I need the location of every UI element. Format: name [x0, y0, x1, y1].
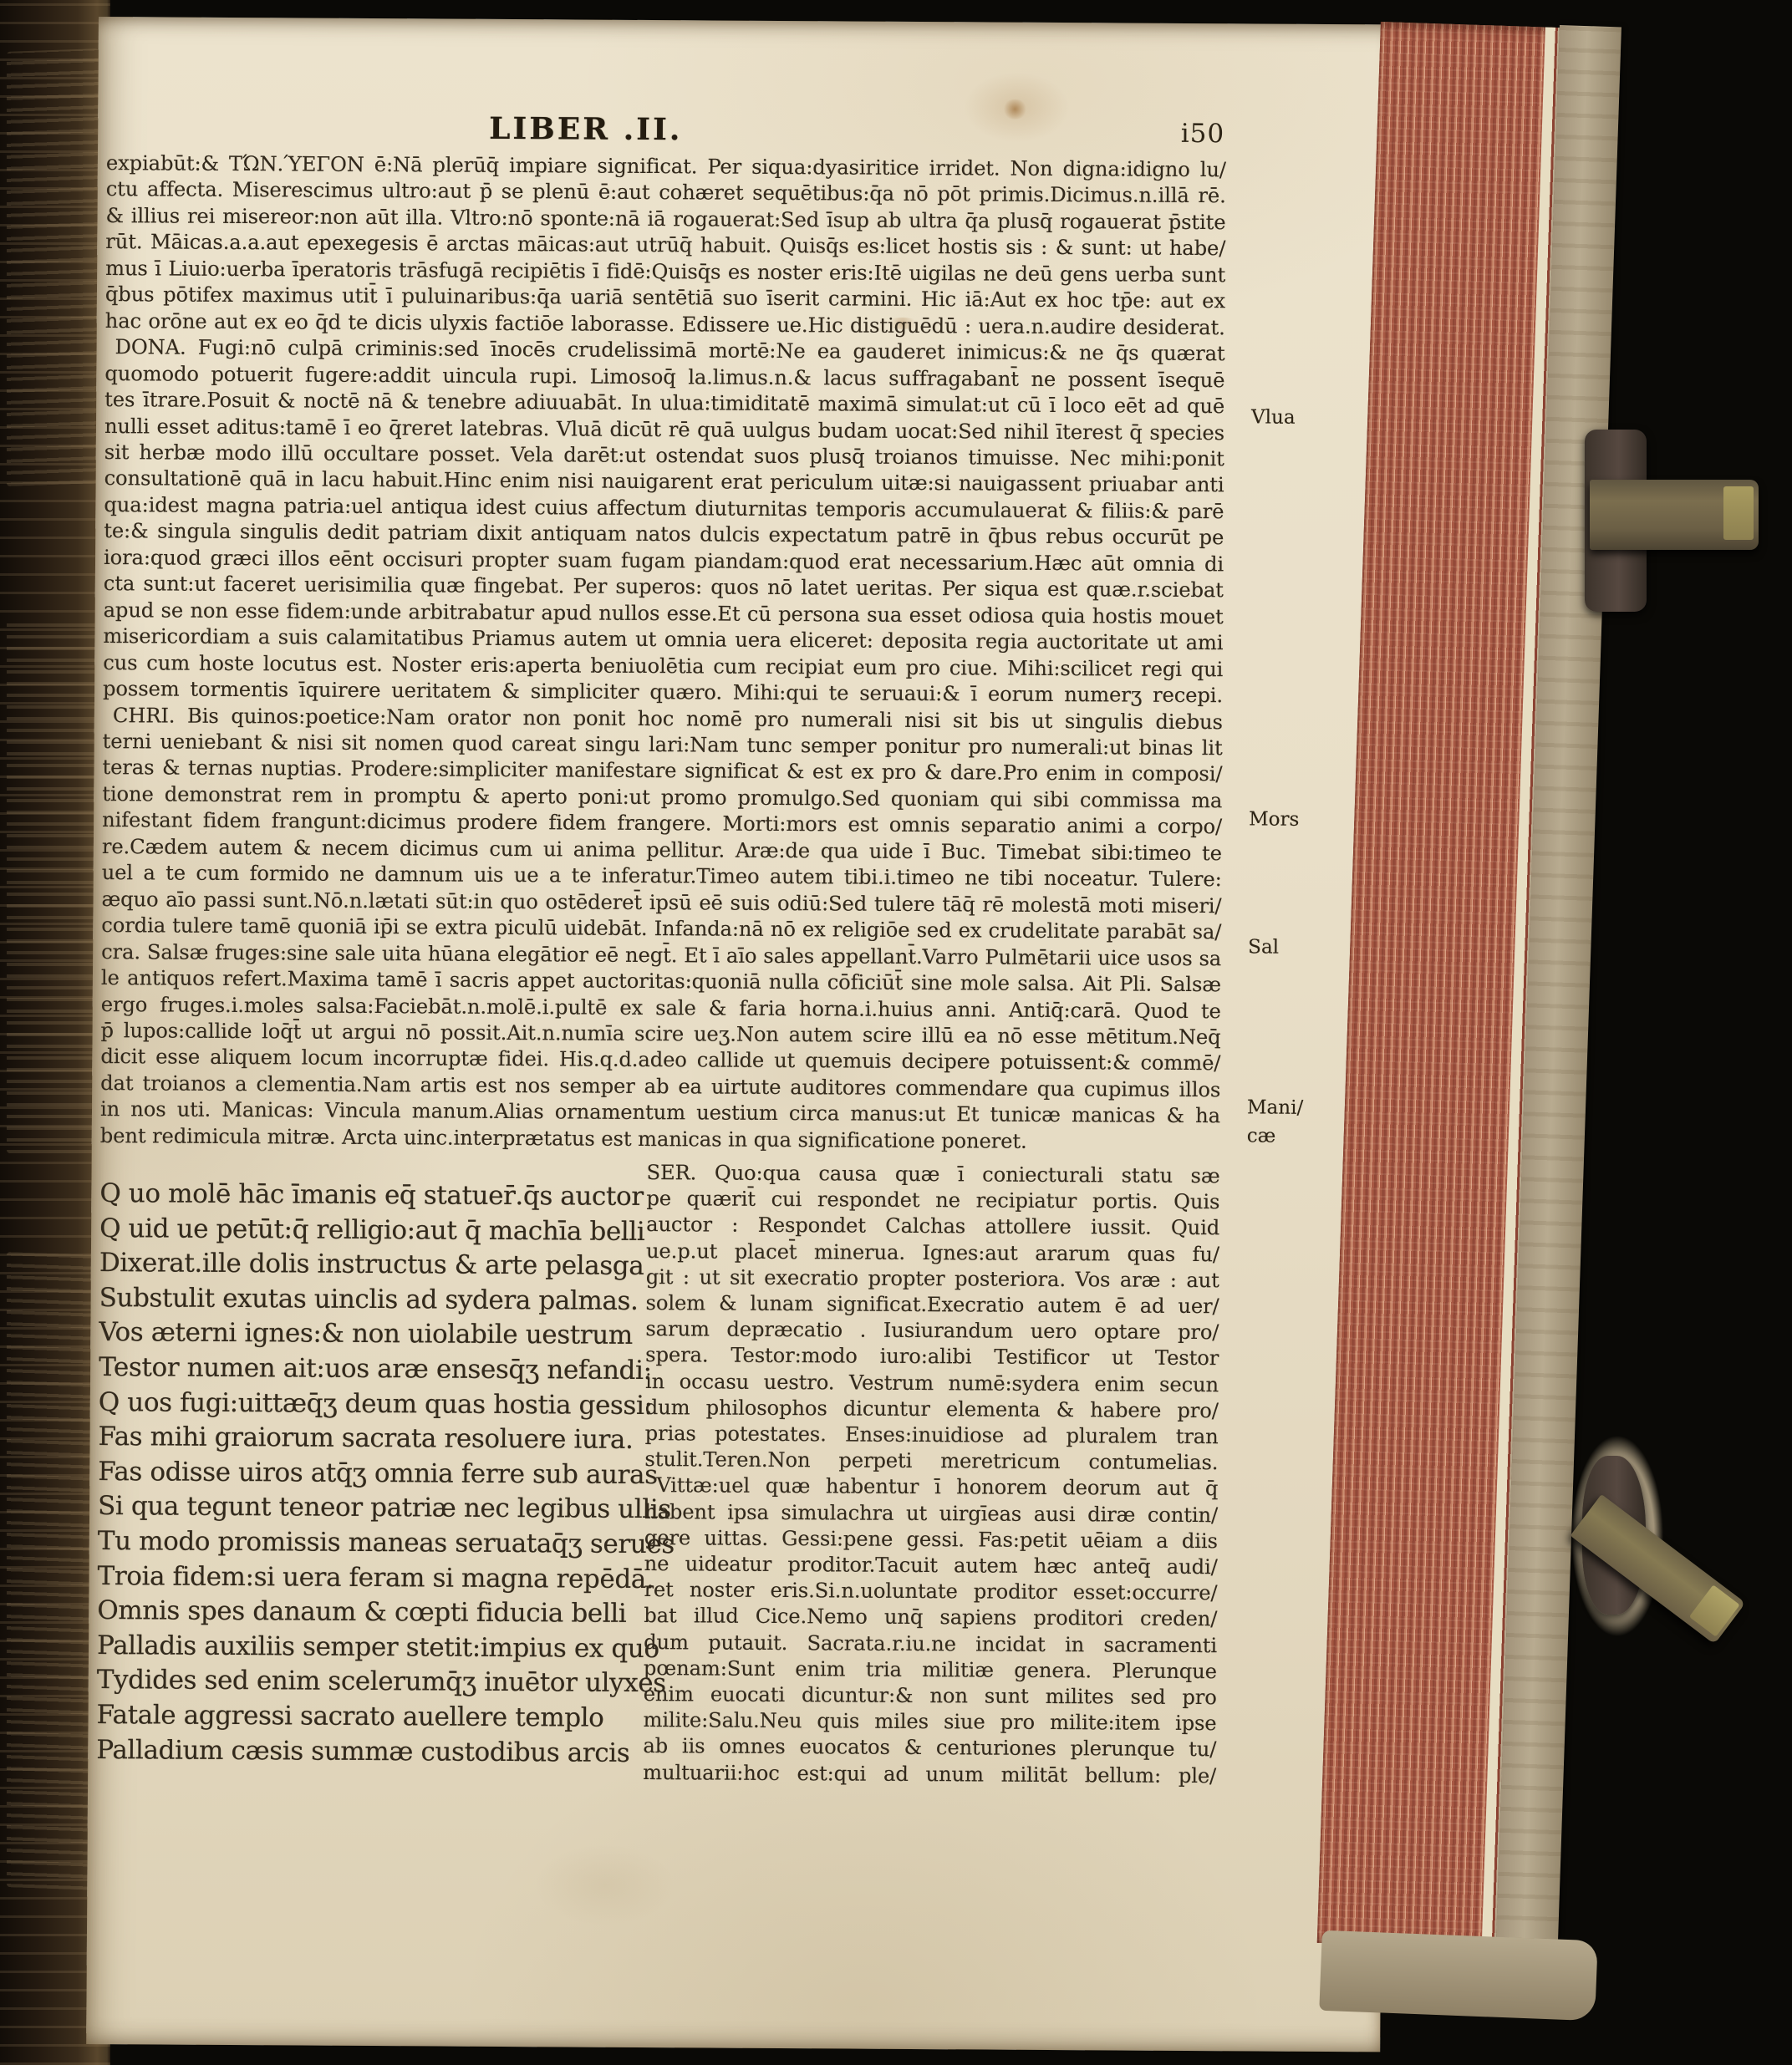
text-line: Substulit exutas uinclis ad sydera palma…	[99, 1281, 658, 1320]
text-line: Dixerat.ille dolis instructus & arte pel…	[99, 1246, 658, 1284]
margin-note: Mors	[1249, 808, 1299, 830]
text-line: solem & lunam significat.Execratio autem…	[646, 1290, 1219, 1320]
text-line: ne uideatur proditor.Tacuit autem hæc an…	[644, 1551, 1218, 1580]
text-line: prias potestates. Enses:inuidiose ad plu…	[645, 1421, 1219, 1450]
text-line: dum putauit. Sacrata.r.iu.ne incidat in …	[644, 1630, 1217, 1659]
text-line: Tu modo promissis maneas seruataq̄ʒ seru…	[98, 1524, 656, 1563]
text-line: milite:Salu.Neu quis miles siue pro mili…	[643, 1707, 1216, 1737]
text-line: git : ut sit execratio propter posterior…	[646, 1264, 1219, 1294]
text-line: Fas mihi graiorum sacrata resoluere iura…	[98, 1420, 656, 1458]
ghost-text-edge	[7, 48, 99, 486]
photo-of-open-book: LIBER .II. i50 expiabūt:& ΤΏΝ.ΎΕΓΟΝ ē:Nā…	[0, 0, 1792, 2065]
ghost-text-edge	[7, 618, 99, 1153]
text-line: stulit.Teren.Non perpeti meretricum cont…	[644, 1447, 1218, 1476]
text-line: Palladis auxiliis semper stetit:impius e…	[97, 1629, 655, 1667]
commentary-right-column: SER. Quo:qua causa quæ ī coniecturali st…	[643, 1160, 1220, 1789]
text-line: pœnam:Sunt enim tria militiæ genera. Ple…	[644, 1656, 1217, 1685]
text-line: spera. Testor:modo iuro:alibi Testificor…	[645, 1342, 1219, 1371]
text-line: ab iis omnes euocatos & centuriones pler…	[643, 1733, 1216, 1762]
text-line: Testor numen ait:uos aræ ensesq̄ʒ nefand…	[99, 1350, 657, 1389]
text-line: in occasu uestro. Vestrum numē:sydera en…	[645, 1369, 1219, 1398]
margin-note: Sal	[1248, 936, 1279, 958]
commentary-top-block: expiabūt:& ΤΏΝ.ΎΕΓΟΝ ē:Nā plerūq̄ impiar…	[100, 150, 1226, 1156]
clasp-brass-tip	[1723, 486, 1754, 540]
text-line: Fas odisse uiros atq̄ʒ omnia ferre sub a…	[98, 1455, 656, 1493]
text-line: habent ipsa simulachra ut uirgīeas ausi …	[644, 1499, 1218, 1528]
running-header: LIBER .II. i50	[98, 109, 1392, 155]
text-line: dum philosophos dicuntur elementa & habe…	[645, 1395, 1219, 1424]
text-line: Vittæ:uel quæ habentur ī honorem deorum …	[644, 1472, 1218, 1502]
text-line: Q uo molē hāc īmanis eq̄ statuer̄.q̄s au…	[99, 1177, 658, 1215]
text-line: Palladium cæsis summæ custodibus arcis	[96, 1733, 654, 1772]
margin-note: Mani/	[1247, 1096, 1303, 1118]
margin-note: cæ	[1247, 1125, 1276, 1147]
folio-number: i50	[1149, 119, 1224, 150]
text-line: multuarii:hoc est:qui ad unum militāt be…	[643, 1760, 1216, 1789]
text-line: Q uos fugi:uittæq̄ʒ deum quas hostia ges…	[99, 1386, 657, 1424]
book-page: LIBER .II. i50 expiabūt:& ΤΏΝ.ΎΕΓΟΝ ē:Nā…	[86, 17, 1392, 2052]
text-line: auctor : Respondet Calchas attollere ius…	[646, 1212, 1219, 1241]
text-line: pe quærit̄ cui respondet ne recipiatur p…	[646, 1186, 1219, 1215]
margin-note: Vlua	[1251, 406, 1296, 428]
verse-text-block: Q uo molē hāc īmanis eq̄ statuer̄.q̄s au…	[96, 1177, 658, 1771]
text-line: Omnis spes danaum & cœpti fiducia belli	[97, 1594, 655, 1632]
ghost-text-edge	[7, 1252, 99, 1890]
text-line: Vos æterni ignes:& non uiolabile uestrum	[99, 1315, 657, 1354]
text-line: Troia fidem:si uera feram si magna repēd…	[97, 1559, 655, 1598]
clasp-brass-strap-upper	[1590, 480, 1759, 550]
text-line: Q uid ue petūt:q̄ relligio:aut q̄ machīa…	[99, 1212, 658, 1250]
page-title: LIBER .II.	[489, 111, 682, 147]
text-line: SER. Quo:qua causa quæ ī coniecturali st…	[646, 1160, 1219, 1189]
text-line: enim euocati dicuntur:& non sunt milites…	[644, 1681, 1217, 1711]
text-line: bat illud Cice.Nemo unq̄ sapiens prodito…	[644, 1603, 1217, 1632]
text-line: Si qua tegunt teneor patriæ nec legibus …	[98, 1489, 656, 1528]
text-line: sarum depræcatio . Iusiurandum uero opta…	[645, 1316, 1219, 1345]
text-line: ret noster eris.Si.n.uoluntate proditor …	[644, 1577, 1217, 1606]
text-line: Fatale aggressi sacrato auellere templo	[96, 1698, 654, 1737]
clasp-brass-tip	[1689, 1584, 1740, 1636]
text-line: Tydides sed enim scelerumq̄ʒ inuētor uly…	[97, 1663, 655, 1701]
text-line: ue.p.ut placet̄ minerua. Ignes:aut araru…	[646, 1238, 1219, 1268]
parchment-cover-corner	[1319, 1930, 1597, 2022]
text-line: gere uittas. Gessi:pene gessi. Fas:petit…	[644, 1525, 1218, 1554]
